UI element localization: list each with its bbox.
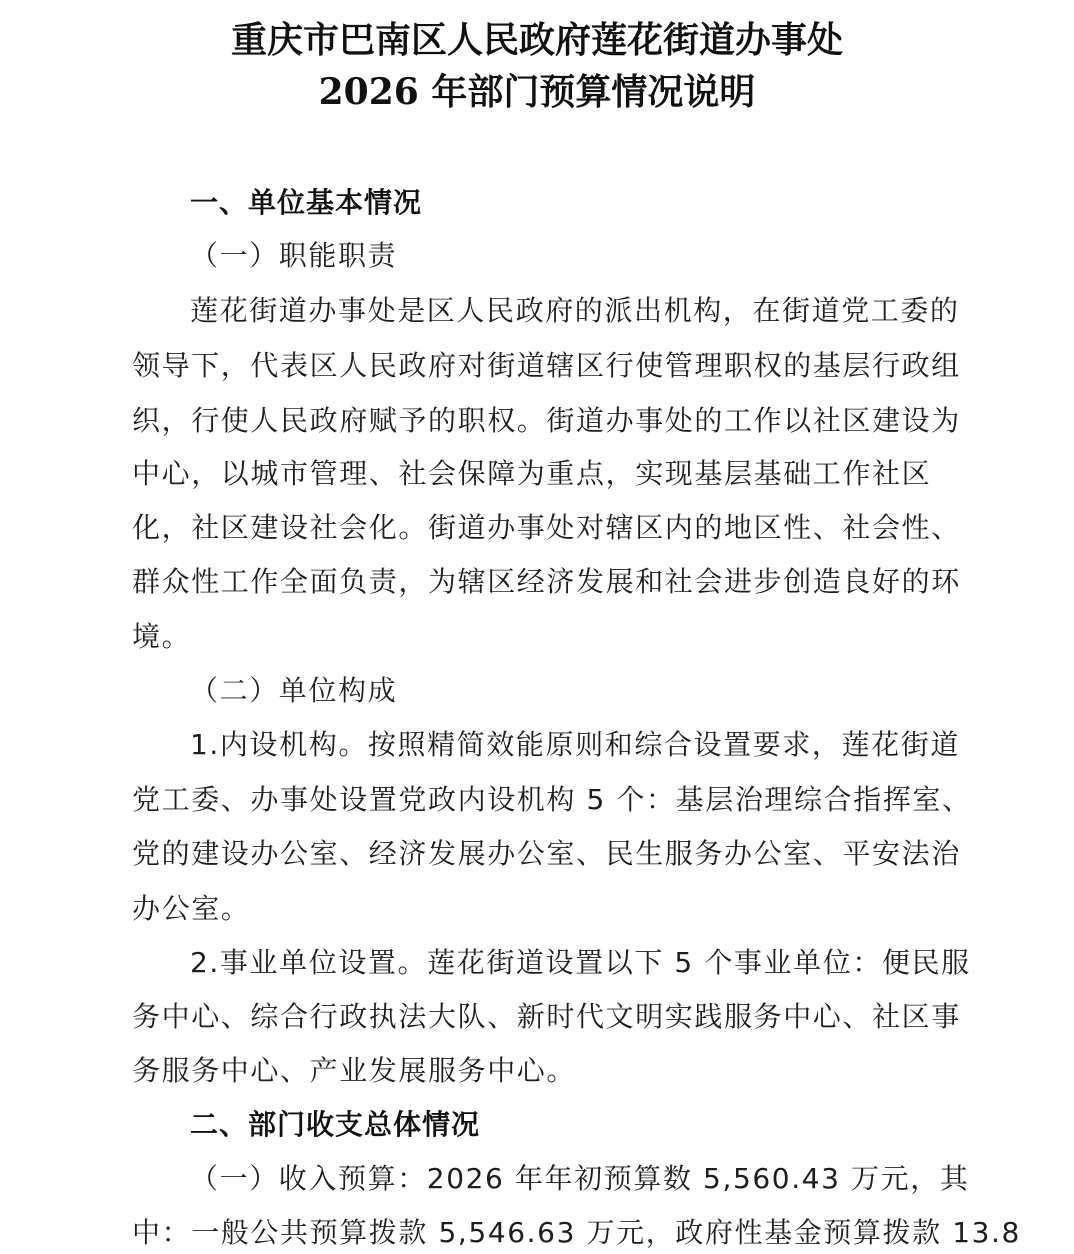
section-heading-1: 一、单位基本情况	[190, 186, 1000, 220]
section-heading-2: 二、部门收支总体情况	[190, 1108, 1000, 1142]
paragraph-line: （一）收入预算：2026 年年初预算数 5,560.43 万元，其	[190, 1162, 1000, 1196]
paragraph-line: 领导下，代表区人民政府对街道辖区行使管理职权的基层行政组	[132, 349, 942, 383]
paragraph-line: 党工委、办事处设置党政内设机构 5 个：基层治理综合指挥室、	[132, 783, 942, 817]
subsection-heading-1-1: （一）职能职责	[190, 239, 1000, 273]
paragraph-line: 织，行使人民政府赋予的职权。街道办事处的工作以社区建设为	[132, 404, 942, 438]
paragraph-line: 1.内设机构。按照精简效能原则和综合设置要求，莲花街道	[190, 728, 1000, 762]
paragraph-line: 中心，以城市管理、社会保障为重点，实现基层基础工作社区	[132, 457, 942, 491]
document-title-line-2: 2026 年部门预算情况说明	[0, 70, 1074, 114]
document-title-line-1: 重庆市巴南区人民政府莲花街道办事处	[0, 18, 1074, 62]
paragraph-line: 务中心、综合行政执法大队、新时代文明实践服务中心、社区事	[132, 1000, 942, 1034]
subsection-heading-1-2: （二）单位构成	[190, 674, 1000, 708]
paragraph-line: 2.事业单位设置。莲花街道设置以下 5 个事业单位：便民服	[190, 946, 1000, 980]
paragraph-line: 办公室。	[132, 892, 942, 926]
paragraph-line: 党的建设办公室、经济发展办公室、民生服务办公室、平安法治	[132, 837, 942, 871]
paragraph-line: 群众性工作全面负责，为辖区经济发展和社会进步创造良好的环	[132, 565, 942, 599]
paragraph-line: 莲花街道办事处是区人民政府的派出机构，在街道党工委的	[190, 294, 1000, 328]
paragraph-line: 中：一般公共预算拨款 5,546.63 万元，政府性基金预算拨款 13.8	[132, 1216, 942, 1250]
paragraph-line: 境。	[132, 620, 942, 654]
paragraph-line: 化，社区建设社会化。街道办事处对辖区内的地区性、社会性、	[132, 511, 942, 545]
paragraph-line: 务服务中心、产业发展服务中心。	[132, 1054, 942, 1088]
